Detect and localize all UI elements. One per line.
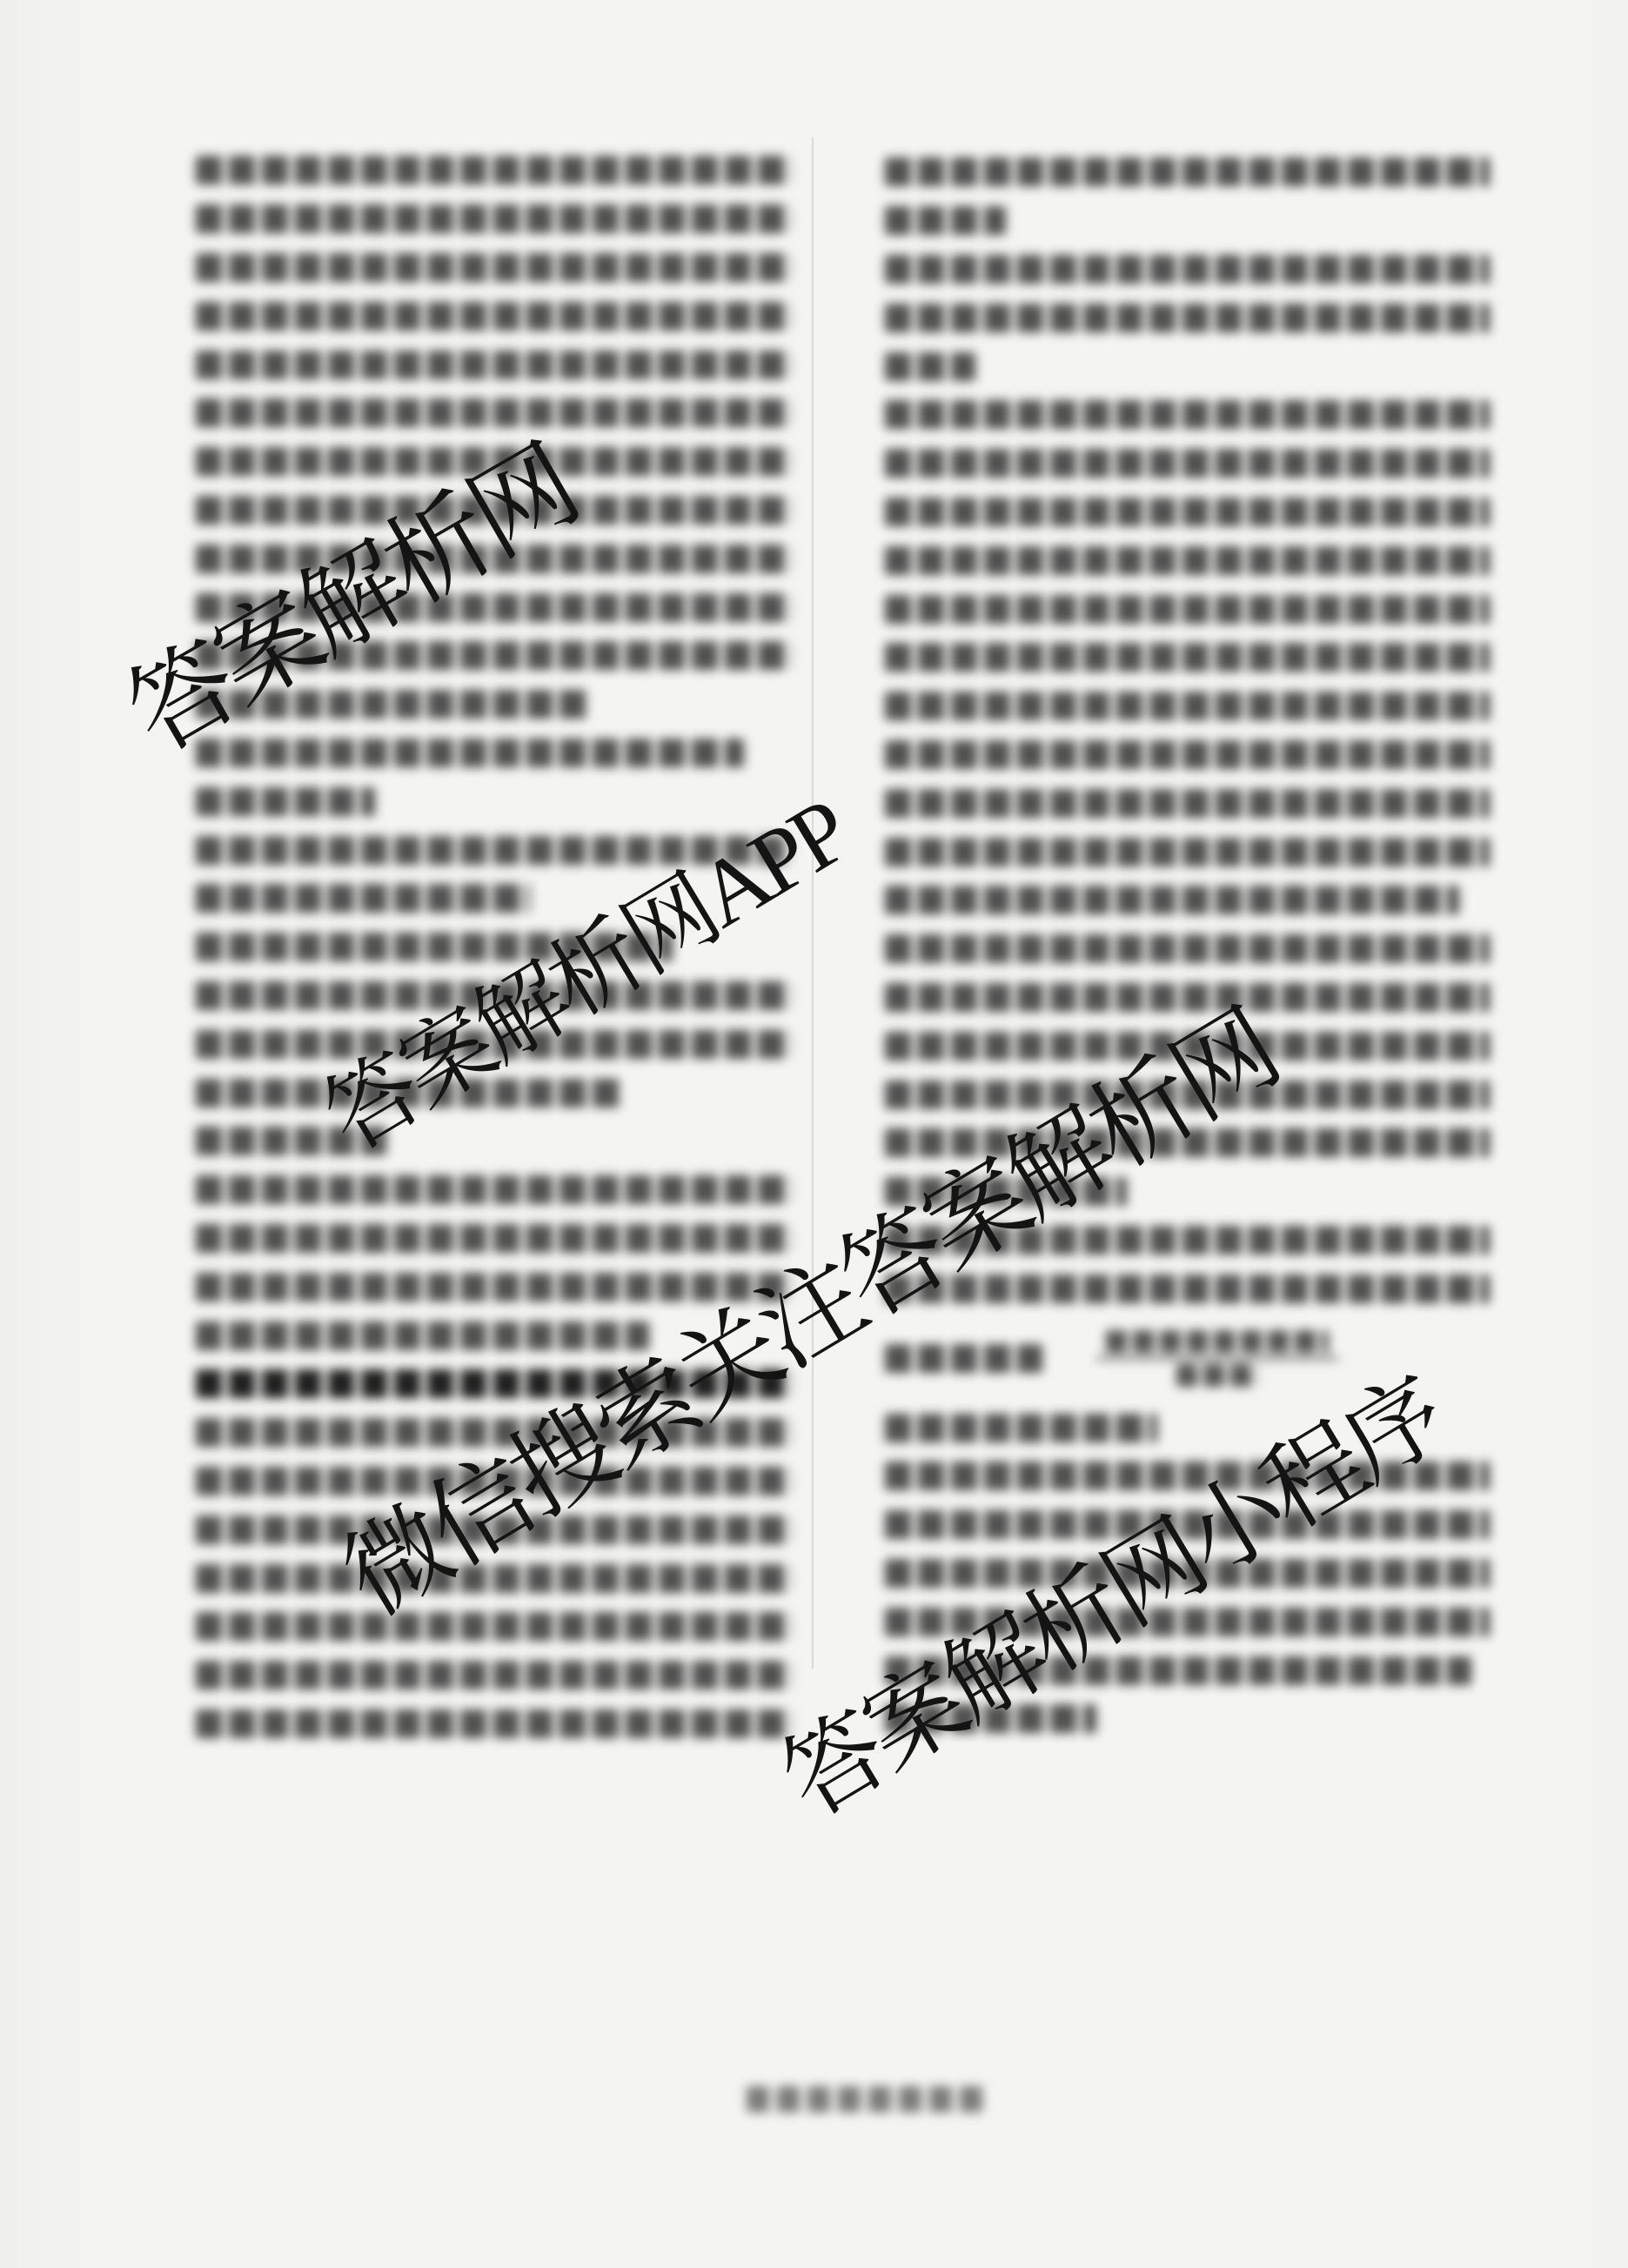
blurred-text-run bbox=[885, 1344, 1042, 1373]
fraction-numerator bbox=[1106, 1330, 1329, 1353]
blurred-text-line bbox=[196, 291, 792, 340]
blurred-text-line bbox=[885, 779, 1490, 827]
blurred-text-run bbox=[885, 400, 1490, 429]
blurred-text-run bbox=[885, 983, 1490, 1012]
blurred-text-line bbox=[885, 536, 1490, 585]
blurred-text-run bbox=[885, 643, 1490, 672]
blurred-text-line bbox=[885, 585, 1490, 633]
blurred-text-line bbox=[196, 1602, 792, 1651]
blurred-text-line bbox=[885, 682, 1490, 731]
blurred-text-line bbox=[885, 827, 1490, 876]
blurred-text-run bbox=[196, 156, 792, 184]
blurred-text-line bbox=[885, 731, 1490, 779]
blurred-text-run bbox=[885, 157, 1490, 186]
blurred-text-run bbox=[196, 1612, 792, 1641]
blurred-text-run bbox=[196, 884, 530, 913]
blurred-text-line bbox=[196, 244, 792, 292]
blurred-text-run bbox=[885, 789, 1490, 818]
blurred-text-line bbox=[196, 729, 792, 778]
blurred-text-line bbox=[885, 876, 1490, 925]
blurred-text-line bbox=[885, 439, 1490, 488]
blurred-text-line bbox=[885, 342, 1490, 391]
blurred-text-line bbox=[196, 195, 792, 244]
blurred-text-run bbox=[885, 1414, 1157, 1442]
blurred-text-run bbox=[885, 449, 1490, 478]
blurred-text-line bbox=[885, 488, 1490, 537]
blurred-text-run bbox=[885, 206, 1006, 235]
blurred-text-run bbox=[885, 886, 1459, 914]
blurred-text-line bbox=[885, 245, 1490, 294]
blurred-text-line bbox=[885, 293, 1490, 342]
blurred-text-run bbox=[196, 1273, 792, 1301]
blurred-text-run bbox=[885, 255, 1490, 284]
blurred-text-line bbox=[196, 146, 792, 195]
blurred-text-line bbox=[885, 148, 1490, 197]
blurred-text-line bbox=[196, 777, 792, 826]
column-divider bbox=[812, 137, 814, 1669]
blurred-text-run bbox=[885, 838, 1490, 866]
blurred-text-run bbox=[885, 498, 1490, 526]
blurred-text-line bbox=[196, 389, 792, 438]
scanned-answer-page: 答案解析网 答案解析网APP 微信搜索关注答案解析网 答案解析网小程序 bbox=[0, 0, 1628, 2268]
blurred-text-line bbox=[885, 925, 1490, 973]
blurred-text-run bbox=[196, 787, 375, 816]
blurred-text-line bbox=[196, 1117, 792, 1166]
blurred-text-run bbox=[196, 398, 792, 427]
blurred-text-line bbox=[885, 973, 1490, 1022]
blurred-text-run bbox=[196, 1661, 792, 1689]
blurred-text-run bbox=[196, 1175, 792, 1204]
fraction-denominator bbox=[1176, 1364, 1259, 1387]
blurred-text-run bbox=[196, 1709, 792, 1738]
blurred-text-line bbox=[885, 633, 1490, 682]
blurred-text-run bbox=[885, 595, 1490, 624]
blurred-text-run bbox=[885, 352, 975, 381]
blurred-text-line bbox=[885, 391, 1490, 439]
blurred-text-run bbox=[196, 302, 792, 331]
blurred-text-run bbox=[196, 253, 792, 282]
blurred-text-run bbox=[196, 739, 744, 767]
blurred-text-run bbox=[885, 692, 1490, 720]
blurred-text-run bbox=[885, 740, 1490, 769]
blurred-text-run bbox=[885, 934, 1490, 963]
blurred-text-line bbox=[196, 1700, 792, 1749]
blurred-fraction bbox=[1096, 1330, 1338, 1387]
blurred-text-run bbox=[196, 351, 792, 379]
blurred-text-line bbox=[196, 1262, 792, 1311]
blurred-text-line bbox=[196, 1651, 792, 1700]
blurred-text-line bbox=[196, 340, 792, 389]
blurred-text-run bbox=[885, 304, 1490, 332]
blurred-text-run bbox=[885, 546, 1490, 575]
blurred-text-line bbox=[196, 1166, 792, 1214]
blurred-text-run bbox=[196, 1224, 792, 1253]
blurred-text-run bbox=[196, 1321, 649, 1350]
fraction-bar bbox=[1096, 1357, 1338, 1360]
blurred-text-run bbox=[196, 204, 792, 233]
blurred-text-line bbox=[196, 1214, 792, 1263]
page-footer-blurred-text bbox=[747, 2086, 988, 2112]
blurred-text-line bbox=[885, 197, 1490, 245]
